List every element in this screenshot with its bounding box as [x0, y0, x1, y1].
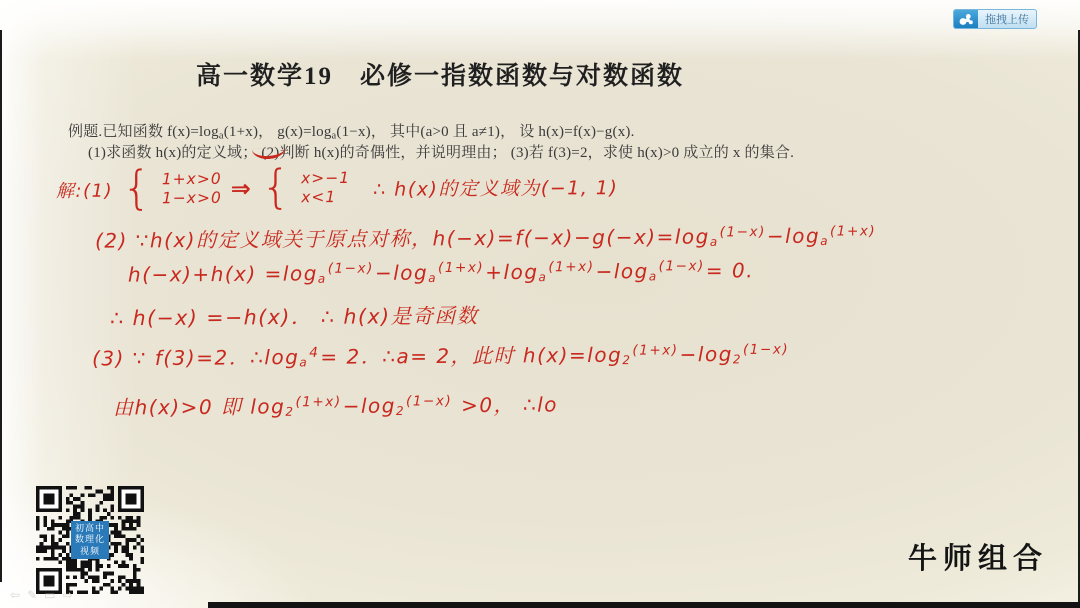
step1-prefix: 解:(1) — [56, 177, 113, 203]
solution-step3-line1: (3) ∵ f(3)=2．∴loga4= 2．∴a= 2，此时 h(x)=log… — [92, 338, 790, 372]
inequality-system-2: x>−1 x<1 — [301, 169, 350, 207]
problem-line-1: 例题.已知函数 f(x)=loga(1+x)， g(x)=loga(1−x)， … — [68, 120, 635, 142]
scan-edge-bottom — [208, 602, 1080, 608]
implies-arrow: ⇒ — [231, 175, 253, 203]
inequality-system-1: 1+x>0 1−x>0 — [162, 170, 222, 208]
player-icons: ⇦✎▭⇨ — [10, 588, 73, 602]
frame-icon[interactable]: ▭ — [44, 588, 55, 602]
upload-button[interactable]: 拖拽上传 — [953, 9, 1037, 29]
solution-step3-line2: 由h(x)>0 即 log2(1+x)−log2(1−x) >0， ∴lo — [113, 388, 558, 420]
forward-arrow-icon[interactable]: ⇨ — [62, 588, 72, 602]
baidu-pan-icon — [954, 10, 978, 28]
problem-line-2: (1)求函数 h(x)的定义域； (2)判断 h(x)的奇偶性，并说明理由； (… — [88, 141, 794, 162]
solution-step2-line2: h(−x)+h(x) =loga(1−x)−loga(1+x)+loga(1+x… — [128, 258, 754, 287]
qr-center-label: 初高中 数理化 视频 — [71, 521, 109, 559]
solution-step1: 解:(1) { 1+x>0 1−x>0 ⇒ { x>−1 x<1 ∴ h(x)的… — [56, 166, 619, 210]
left-brace: { — [122, 167, 153, 207]
solution-step2-line1: (2) ∵h(x)的定义域关于原点对称，h(−x)=f(−x)−g(−x)=lo… — [95, 219, 877, 253]
step1-conclusion: ∴ h(x)的定义域为(−1, 1) — [373, 173, 618, 202]
watermark: 牛师组合 — [908, 536, 1048, 577]
back-arrow-icon[interactable]: ⇦ — [10, 588, 20, 602]
left-brace: { — [261, 166, 292, 206]
video-frame: 拖拽上传 高一数学19 必修一指数函数与对数函数 例题.已知函数 f(x)=lo… — [0, 0, 1080, 608]
solution-step2-line3: ∴ h(−x) =−h(x)． ∴ h(x)是奇函数 — [110, 299, 479, 332]
pen-icon[interactable]: ✎ — [27, 588, 37, 602]
upload-button-label: 拖拽上传 — [978, 10, 1036, 28]
page-title: 高一数学19 必修一指数函数与对数函数 — [0, 56, 880, 92]
scan-edge-left — [0, 30, 2, 582]
qr-code: 初高中 数理化 视频 — [36, 486, 144, 594]
